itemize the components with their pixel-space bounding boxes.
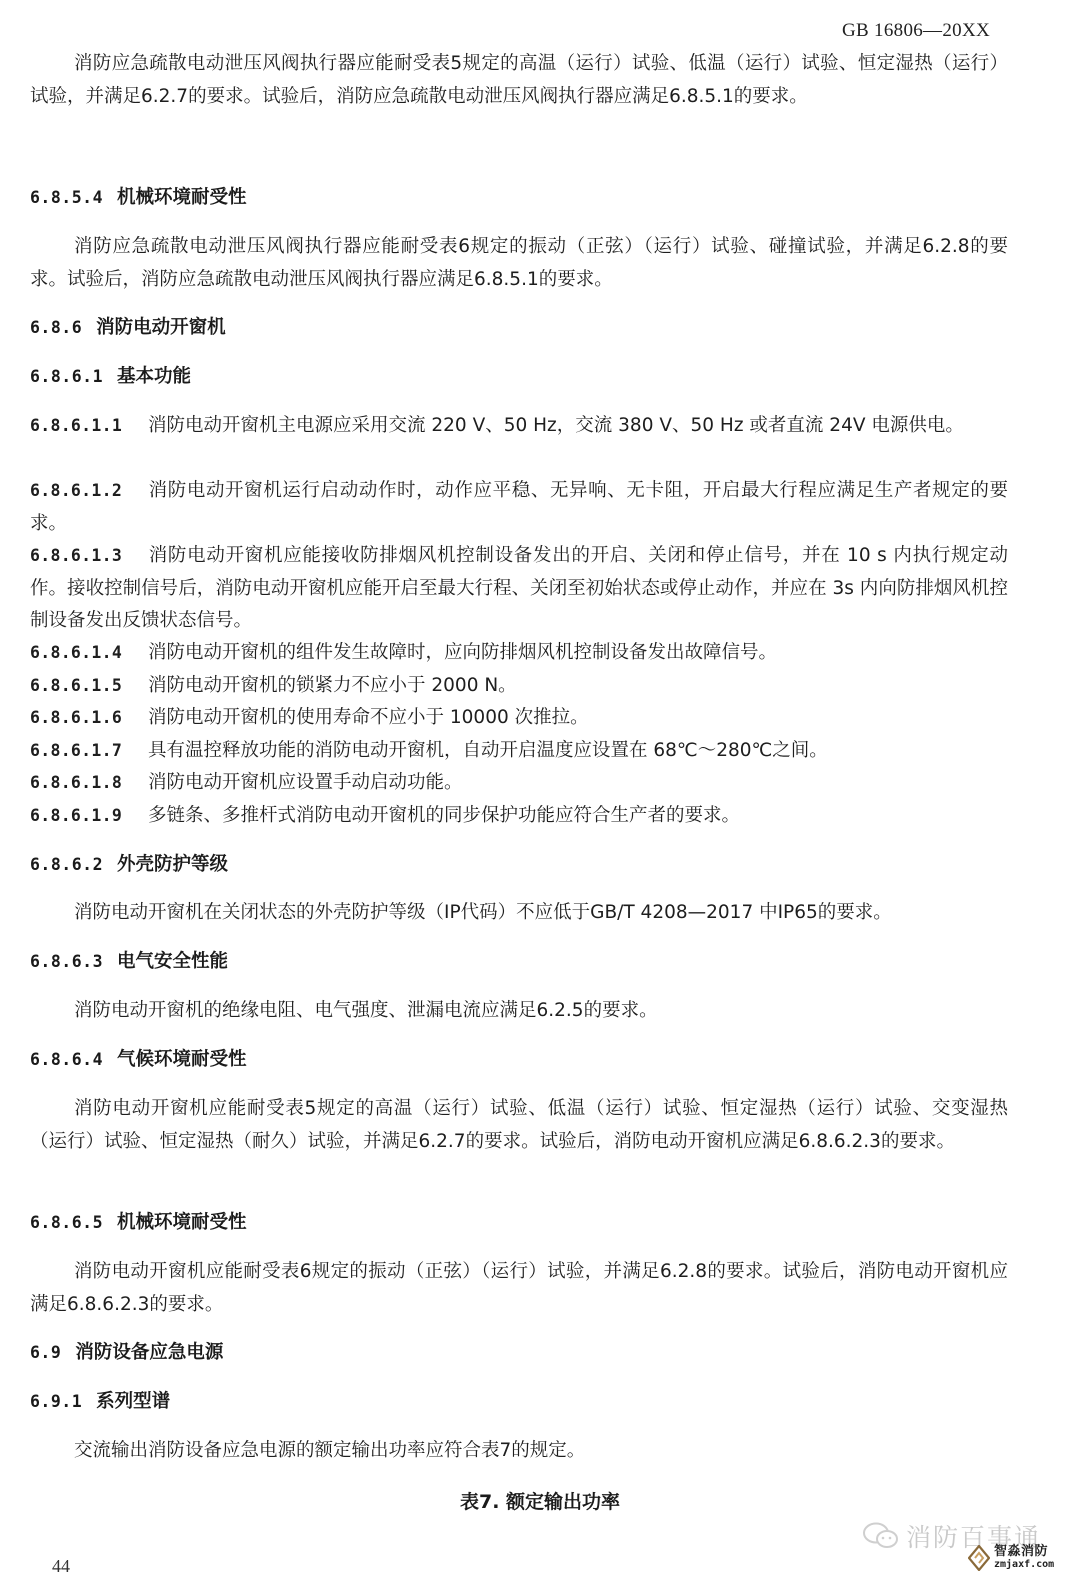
heading-6861: 6.8.6.1基本功能 (30, 361, 1008, 394)
heading-number: 6.8.6.1 (30, 361, 103, 394)
clause-68618: 6.8.6.1.8消防电动开窗机应设置手动启动功能。 (30, 767, 1008, 800)
paragraph-691-body: 交流输出消防设备应急电源的额定输出功率应符合表7的规定。 (30, 1435, 1008, 1468)
heading-number: 6.8.6.2 (30, 849, 103, 882)
clause-68619: 6.8.6.1.9多链条、多推杆式消防电动开窗机的同步保护功能应符合生产者的要求… (30, 800, 1008, 833)
paragraph-6863-body: 消防电动开窗机的绝缘电阻、电气强度、泄漏电流应满足6.2.5的要求。 (30, 995, 1008, 1028)
clause-text: 具有温控释放功能的消防电动开窗机，自动开启温度应设置在 68℃～280℃之间。 (148, 740, 828, 761)
heading-title: 机械环境耐受性 (117, 1207, 247, 1240)
heading-title: 基本功能 (117, 361, 191, 394)
heading-title: 电气安全性能 (117, 946, 228, 979)
clause-68611: 6.8.6.1.1消防电动开窗机主电源应采用交流 220 V、50 Hz，交流 … (30, 410, 1008, 443)
clause-number: 6.8.6.1.8 (30, 767, 148, 800)
clause-68614: 6.8.6.1.4消防电动开窗机的组件发生故障时，应向防排烟风机控制设备发出故障… (30, 637, 1008, 670)
clause-text: 消防电动开窗机应设置手动启动功能。 (148, 772, 463, 793)
heading-691: 6.9.1系列型谱 (30, 1386, 1008, 1419)
heading-number: 6.8.6.3 (30, 946, 103, 979)
heading-number: 6.8.6.4 (30, 1044, 103, 1077)
clause-number: 6.8.6.1.1 (30, 410, 148, 443)
heading-6864: 6.8.6.4气候环境耐受性 (30, 1044, 1008, 1077)
clause-68615: 6.8.6.1.5消防电动开窗机的锁紧力不应小于 2000 N。 (30, 670, 1008, 703)
clause-number: 6.8.6.1.4 (30, 637, 148, 670)
page-number: 44 (52, 1556, 70, 1577)
heading-title: 气候环境耐受性 (117, 1044, 247, 1077)
heading-title: 机械环境耐受性 (117, 182, 247, 215)
clause-number: 6.8.6.1.3 (30, 540, 148, 573)
paragraph-6862-body: 消防电动开窗机在关闭状态的外壳防护等级（IP代码）不应低于GB/T 4208—2… (30, 897, 1008, 930)
heading-6863: 6.8.6.3电气安全性能 (30, 946, 1008, 979)
clause-text: 消防电动开窗机运行启动动作时，动作应平稳、无异响、无卡阻，开启最大行程应满足生产… (30, 480, 1008, 534)
logo-name: 智淼消防 (994, 1545, 1054, 1558)
heading-number: 6.8.6.5 (30, 1207, 103, 1240)
brand-logo: 智淼消防 zmjaxf.com (968, 1545, 1054, 1571)
heading-number: 6.8.5.4 (30, 182, 103, 215)
clause-text: 多链条、多推杆式消防电动开窗机的同步保护功能应符合生产者的要求。 (148, 805, 740, 826)
clause-text: 消防电动开窗机的锁紧力不应小于 2000 N。 (148, 675, 517, 696)
clause-number: 6.8.6.1.5 (30, 670, 148, 703)
clause-text: 消防电动开窗机应能接收防排烟风机控制设备发出的开启、关闭和停止信号，并在 10 … (30, 545, 1008, 631)
clause-number: 6.8.6.1.2 (30, 475, 148, 508)
table-caption: 表7. 额定输出功率 (0, 1487, 1080, 1514)
clause-number: 6.8.6.1.7 (30, 735, 148, 768)
heading-number: 6.9.1 (30, 1386, 82, 1419)
heading-title: 外壳防护等级 (117, 849, 228, 882)
paragraph-6865-body: 消防电动开窗机应能耐受表6规定的振动（正弦）（运行）试验，并满足6.2.8的要求… (30, 1256, 1008, 1321)
standard-code: GB 16806—20XX (842, 20, 990, 42)
heading-686: 6.8.6消防电动开窗机 (30, 312, 1008, 345)
paragraph-6853-body: 消防应急疏散电动泄压风阀执行器应能耐受表5规定的高温（运行）试验、低温（运行）试… (30, 48, 1008, 113)
clause-68613: 6.8.6.1.3消防电动开窗机应能接收防排烟风机控制设备发出的开启、关闭和停止… (30, 540, 1008, 638)
heading-title: 消防设备应急电源 (75, 1337, 223, 1370)
clause-68612: 6.8.6.1.2消防电动开窗机运行启动动作时，动作应平稳、无异响、无卡阻，开启… (30, 475, 1008, 540)
logo-diamond-icon (968, 1545, 990, 1571)
clause-text: 消防电动开窗机的组件发生故障时，应向防排烟风机控制设备发出故障信号。 (148, 642, 777, 663)
heading-number: 6.8.6 (30, 312, 82, 345)
heading-6862: 6.8.6.2外壳防护等级 (30, 849, 1008, 882)
document-page: GB 16806—20XX 消防应急疏散电动泄压风阀执行器应能耐受表5规定的高温… (0, 0, 1080, 1589)
wechat-icon (862, 1521, 900, 1551)
heading-6865: 6.8.6.5机械环境耐受性 (30, 1207, 1008, 1240)
clause-68616: 6.8.6.1.6消防电动开窗机的使用寿命不应小于 10000 次推拉。 (30, 702, 1008, 735)
paragraph-6864-body: 消防电动开窗机应能耐受表5规定的高温（运行）试验、低温（运行）试验、恒定湿热（运… (30, 1093, 1008, 1158)
logo-url: zmjaxf.com (994, 1558, 1054, 1571)
clause-text: 消防电动开窗机的使用寿命不应小于 10000 次推拉。 (148, 707, 589, 728)
heading-title: 消防电动开窗机 (96, 312, 226, 345)
clause-68617: 6.8.6.1.7具有温控释放功能的消防电动开窗机，自动开启温度应设置在 68℃… (30, 735, 1008, 768)
clause-number: 6.8.6.1.6 (30, 702, 148, 735)
heading-number: 6.9 (30, 1337, 61, 1370)
heading-6854: 6.8.5.4机械环境耐受性 (30, 182, 1008, 215)
heading-title: 系列型谱 (96, 1386, 170, 1419)
paragraph-6854-body: 消防应急疏散电动泄压风阀执行器应能耐受表6规定的振动（正弦）（运行）试验、碰撞试… (30, 231, 1008, 296)
clause-number: 6.8.6.1.9 (30, 800, 148, 833)
heading-69: 6.9消防设备应急电源 (30, 1337, 1008, 1370)
clause-text: 消防电动开窗机主电源应采用交流 220 V、50 Hz，交流 380 V、50 … (148, 415, 964, 436)
